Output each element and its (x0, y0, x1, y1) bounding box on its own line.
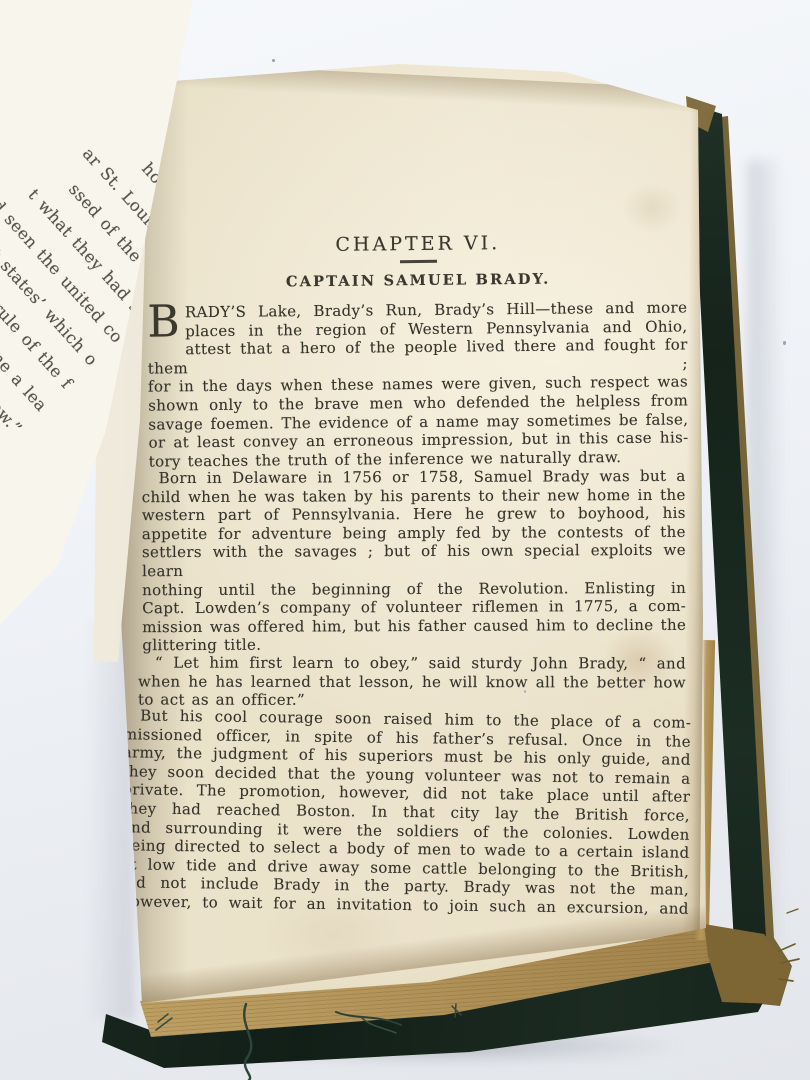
book-photograph: CHAPTER VI. CAPTAIN SAMUEL BRADY. BRADY’… (0, 0, 810, 1080)
paragraph-3: “ Let him first learn to obey,” said stu… (138, 653, 686, 710)
dust-speck (524, 690, 526, 693)
chapter-rule (399, 260, 436, 263)
text-line: attest that a hero of the people lived t… (148, 335, 688, 377)
text-line: when he has learned that lesson, he will… (138, 672, 686, 692)
drop-cap: B (147, 303, 185, 341)
text-line: western part of Pennsylvania. Here he gr… (142, 504, 686, 525)
chapter-heading: CHAPTER VI. (148, 230, 688, 258)
text-line: settlers with the savages ; but of his o… (142, 541, 686, 581)
paragraph-2: Born in Delaware in 1756 or 1758, Samuel… (142, 467, 687, 655)
paragraph-4: But his cool courage soon raised him to … (121, 706, 692, 918)
chapter-title: CAPTAIN SAMUEL BRADY. (148, 269, 688, 292)
page-content: CHAPTER VI. CAPTAIN SAMUEL BRADY. BRADY’… (148, 0, 688, 914)
paragraph-1: BRADY’S Lake, Brady’s Run, Brady’s Hill—… (147, 298, 689, 471)
chapter-head-block: CHAPTER VI. CAPTAIN SAMUEL BRADY. (148, 230, 689, 291)
text-line: mission was offered him, but his father … (142, 615, 686, 636)
text-line: glittering title. (142, 634, 686, 655)
text-line: Capt. Lowden’s company of volunteer rifl… (142, 597, 686, 618)
text-line: “ Let him first learn to obey,” said stu… (138, 653, 686, 673)
dust-speck (783, 341, 786, 345)
text-line: Born in Delaware in 1756 or 1758, Samuel… (142, 467, 686, 488)
text-line: child when he was taken by his parents t… (142, 485, 686, 506)
dust-speck (272, 59, 275, 62)
text-line: appetite for adventure being amply fed b… (142, 522, 686, 543)
text-line: nothing until the beginning of the Revol… (142, 578, 686, 599)
